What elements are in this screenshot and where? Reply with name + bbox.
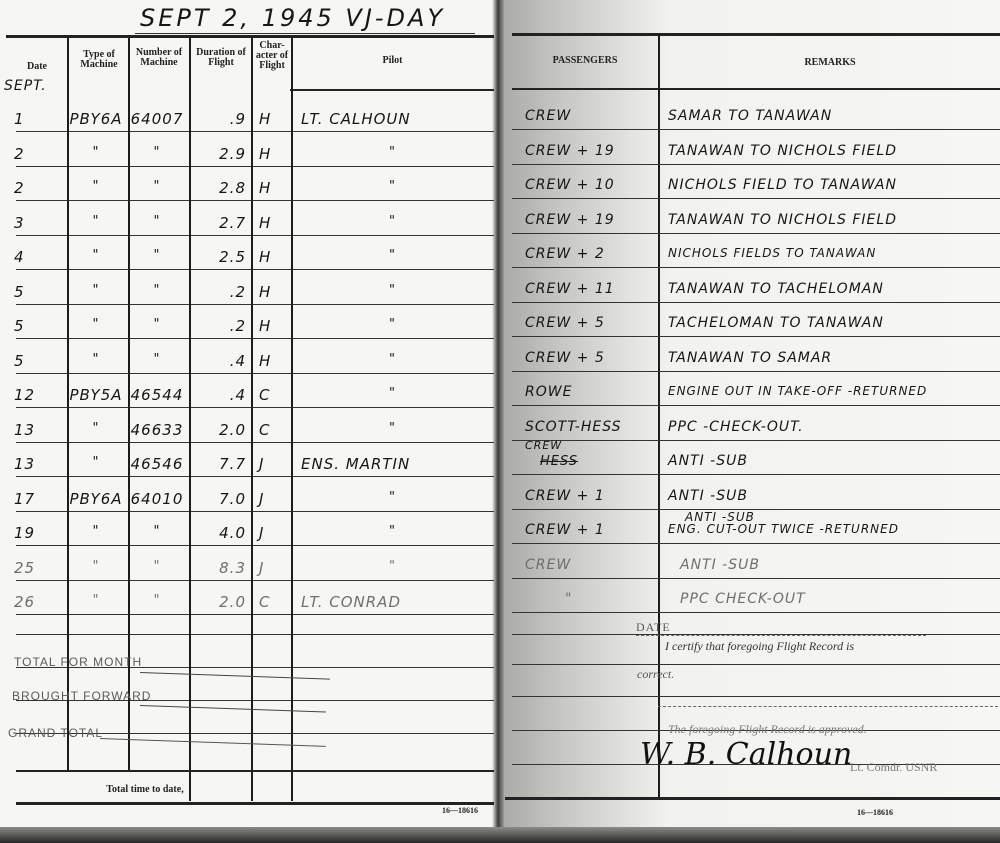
book-gutter <box>492 0 504 843</box>
cell-remarks: TACHELOMAN TO TANAWAN <box>668 315 884 331</box>
cell-duration: 2.8 <box>190 179 246 197</box>
row-rule <box>512 267 1000 268</box>
cell-remarks: ANTI -SUB <box>680 557 760 573</box>
date-label: DATE <box>636 620 671 634</box>
cell-pilot: " <box>301 179 484 194</box>
cell-number: " <box>129 145 185 160</box>
cell-date: 17 <box>14 490 60 508</box>
cell-duration: 8.3 <box>190 559 246 577</box>
cell-remarks: ENG. CUT-OUT TWICE -RETURNED <box>668 522 899 536</box>
cell-pilot: " <box>301 248 484 263</box>
row-rule <box>16 476 494 477</box>
row-rule <box>16 131 494 132</box>
cell-number: " <box>129 317 185 332</box>
row-rule <box>16 235 494 236</box>
signature-title: Lt. Comdr. USNR <box>850 760 937 775</box>
cell-remarks: TANAWAN TO NICHOLS FIELD <box>668 212 897 228</box>
cell-date: 25 <box>14 559 60 577</box>
col-divider <box>291 38 293 801</box>
cell-pilot: ENS. MARTIN <box>301 455 484 473</box>
cell-pilot: LT. CALHOUN <box>301 110 484 128</box>
cell-type: PBY6A <box>68 490 124 508</box>
cell-remarks: TANAWAN TO SAMAR <box>668 350 832 366</box>
cell-remarks: TANAWAN TO NICHOLS FIELD <box>668 143 897 159</box>
cell-character: H <box>259 352 287 370</box>
row-rule <box>512 696 1000 697</box>
col-header-pilot: Pilot <box>295 56 490 66</box>
cell-passengers: CREW + 11 <box>525 281 615 297</box>
cell-number: 64007 <box>129 110 185 128</box>
row-rule <box>512 509 1000 510</box>
cell-date: 1 <box>14 110 60 128</box>
left-top-rule <box>6 35 494 38</box>
cell-type: " <box>68 593 124 608</box>
row-rule <box>512 233 1000 234</box>
cell-duration: .4 <box>190 352 246 370</box>
row-rule <box>16 614 494 615</box>
cell-passengers: CREW + 1 <box>525 488 605 504</box>
grand-total-label: GRAND TOTAL <box>8 726 103 740</box>
cell-character: J <box>259 455 287 473</box>
row-rule <box>512 474 1000 475</box>
cell-character: J <box>259 524 287 542</box>
row-rule <box>512 164 1000 165</box>
cell-duration: 2.9 <box>190 145 246 163</box>
col-header-number: Number of Machine <box>131 48 187 68</box>
row-rule <box>16 545 494 546</box>
cell-passengers: " <box>565 591 572 607</box>
cell-date: 5 <box>14 352 60 370</box>
cell-type: " <box>68 559 124 574</box>
cell-number: 46633 <box>129 421 185 439</box>
cell-number: " <box>129 593 185 608</box>
cell-pilot: " <box>301 352 484 367</box>
row-rule <box>16 580 494 581</box>
row-rule <box>512 440 1000 441</box>
cell-pilot: " <box>301 559 484 574</box>
cell-remarks: ANTI -SUB <box>668 453 748 469</box>
cell-duration: 4.0 <box>190 524 246 542</box>
cell-duration: 2.7 <box>190 214 246 232</box>
cell-passengers: CREW <box>525 108 571 124</box>
cell-passengers: CREW + 5 <box>525 315 605 331</box>
cell-number: " <box>129 283 185 298</box>
cell-character: H <box>259 145 287 163</box>
cell-remarks: TANAWAN TO TACHELOMAN <box>668 281 884 297</box>
header-note: SEPT 2, 1945 VJ-DAY <box>140 4 445 32</box>
cell-type: " <box>68 283 124 298</box>
cell-date: 26 <box>14 593 60 611</box>
cell-date: 13 <box>14 455 60 473</box>
cell-duration: 7.0 <box>190 490 246 508</box>
cell-type: " <box>68 524 124 539</box>
row-rule <box>512 405 1000 406</box>
col-header-passengers: PASSENGERS <box>520 56 650 66</box>
cell-type: " <box>68 421 124 436</box>
cell-date: 13 <box>14 421 60 439</box>
signature: W. B. Calhoun <box>640 737 852 772</box>
cell-duration: .2 <box>190 283 246 301</box>
col-header-remarks: REMARKS <box>670 58 990 68</box>
cell-number: " <box>129 524 185 539</box>
cell-duration: 7.7 <box>190 455 246 473</box>
cell-remarks: NICHOLS FIELD TO TANAWAN <box>668 177 897 193</box>
cell-type: " <box>68 179 124 194</box>
cell-passengers: CREW + 5 <box>525 350 605 366</box>
total-for-month-label: TOTAL FOR MONTH <box>14 655 142 669</box>
cell-pilot: " <box>301 490 484 505</box>
cell-date: 4 <box>14 248 60 266</box>
cell-type: PBY5A <box>68 386 124 404</box>
cell-duration: 2.0 <box>190 421 246 439</box>
row-rule <box>512 302 1000 303</box>
cell-character: C <box>259 421 287 439</box>
cell-character: H <box>259 214 287 232</box>
row-rule <box>512 371 1000 372</box>
cell-character: C <box>259 386 287 404</box>
cell-character: J <box>259 559 287 577</box>
cell-passengers: CREW + 1 <box>525 522 605 538</box>
cell-date: 2 <box>14 145 60 163</box>
cell-type: PBY6A <box>68 110 124 128</box>
brought-forward-label: BROUGHT FORWARD <box>12 689 151 703</box>
totals-bottom-rule <box>16 770 494 772</box>
cell-passengers-struck: HESS <box>540 454 578 469</box>
cell-character: C <box>259 593 287 611</box>
form-number-left: 16—18616 <box>430 806 490 816</box>
cell-remarks: PPC CHECK-OUT <box>680 591 806 607</box>
row-rule <box>16 634 494 635</box>
col-divider <box>251 38 253 801</box>
cell-passengers: CREW <box>525 439 562 452</box>
cell-passengers: CREW + 10 <box>525 177 615 193</box>
cell-type: " <box>68 214 124 229</box>
total-time-to-date-label: Total time to date, <box>90 785 200 795</box>
row-rule <box>16 511 494 512</box>
cell-type: " <box>68 317 124 332</box>
col-divider <box>658 34 660 799</box>
cell-remarks: SAMAR TO TANAWAN <box>668 108 832 124</box>
row-rule <box>16 200 494 201</box>
cell-date: 3 <box>14 214 60 232</box>
cell-remarks: PPC -CHECK-OUT. <box>668 419 804 435</box>
cell-remarks: NICHOLS FIELDS TO TANAWAN <box>668 246 876 260</box>
cell-passengers: CREW + 19 <box>525 212 615 228</box>
cell-passengers: SCOTT-HESS <box>525 419 622 435</box>
cell-type: " <box>68 352 124 367</box>
cell-number: 46546 <box>129 455 185 473</box>
cell-number: 64010 <box>129 490 185 508</box>
page-edge <box>0 827 1000 843</box>
cell-pilot: " <box>301 283 484 298</box>
cell-character: H <box>259 283 287 301</box>
row-rule <box>512 612 1000 613</box>
cell-passengers: CREW + 2 <box>525 246 605 262</box>
cell-duration: 2.5 <box>190 248 246 266</box>
row-rule <box>512 336 1000 337</box>
cell-date: 5 <box>14 283 60 301</box>
cell-character: H <box>259 248 287 266</box>
cell-type: " <box>68 248 124 263</box>
cell-date: 2 <box>14 179 60 197</box>
cell-duration: 2.0 <box>190 593 246 611</box>
cell-character: H <box>259 179 287 197</box>
right-bottom-rule <box>505 797 1000 800</box>
cell-number: " <box>129 559 185 574</box>
row-rule <box>16 338 494 339</box>
certify-text-2: correct. <box>637 667 674 682</box>
cell-number: " <box>129 214 185 229</box>
cell-number: " <box>129 352 185 367</box>
col-header-date: Date <box>8 62 66 72</box>
cell-number: " <box>129 248 185 263</box>
certify-signature-line <box>658 705 998 707</box>
cell-number: 46544 <box>129 386 185 404</box>
row-rule <box>16 407 494 408</box>
certify-text: I certify that foregoing Flight Record i… <box>665 639 854 654</box>
cell-character: H <box>259 317 287 335</box>
row-rule <box>512 664 1000 665</box>
cell-remarks: ENGINE OUT IN TAKE-OFF -RETURNED <box>668 384 927 398</box>
col-header-duration: Duration of Flight <box>192 48 250 68</box>
col-header-character: Char-acter of Flight <box>253 41 291 71</box>
cell-passengers: CREW + 19 <box>525 143 615 159</box>
row-rule <box>16 373 494 374</box>
row-rule <box>16 269 494 270</box>
cell-date: 19 <box>14 524 60 542</box>
cell-duration: .9 <box>190 110 246 128</box>
cell-pilot: " <box>301 145 484 160</box>
approved-text: The foregoing Flight Record is approved. <box>668 722 867 737</box>
left-bottom-rule <box>16 802 494 805</box>
row-rule <box>512 578 1000 579</box>
cell-character: H <box>259 110 287 128</box>
cell-pilot: LT. CONRAD <box>301 593 484 611</box>
right-header-rule <box>512 88 1000 90</box>
cell-pilot: " <box>301 317 484 332</box>
header-underline <box>135 33 475 34</box>
row-rule <box>512 543 1000 544</box>
cell-type: " <box>68 455 124 470</box>
row-rule <box>16 304 494 305</box>
row-rule <box>512 198 1000 199</box>
cell-date: 5 <box>14 317 60 335</box>
row-rule <box>16 166 494 167</box>
cell-duration: .2 <box>190 317 246 335</box>
cell-pilot: " <box>301 524 484 539</box>
form-number-right: 16—18616 <box>840 808 910 818</box>
cell-date: 12 <box>14 386 60 404</box>
col-header-type: Type of Machine <box>72 50 126 70</box>
month-label: SEPT. <box>4 78 47 94</box>
cell-number: " <box>129 179 185 194</box>
date-field[interactable]: DATE <box>636 620 926 636</box>
cell-duration: .4 <box>190 386 246 404</box>
cell-character: J <box>259 490 287 508</box>
row-rule <box>16 442 494 443</box>
cell-passengers: ROWE <box>525 384 572 400</box>
cell-pilot: " <box>301 421 484 436</box>
cell-remarks: ANTI -SUB <box>668 488 748 504</box>
cell-pilot: " <box>301 386 484 401</box>
cell-type: " <box>68 145 124 160</box>
left-header-rule <box>290 89 494 91</box>
cell-passengers: CREW <box>525 557 571 573</box>
row-rule <box>512 129 1000 130</box>
cell-pilot: " <box>301 214 484 229</box>
right-top-rule <box>512 33 1000 36</box>
